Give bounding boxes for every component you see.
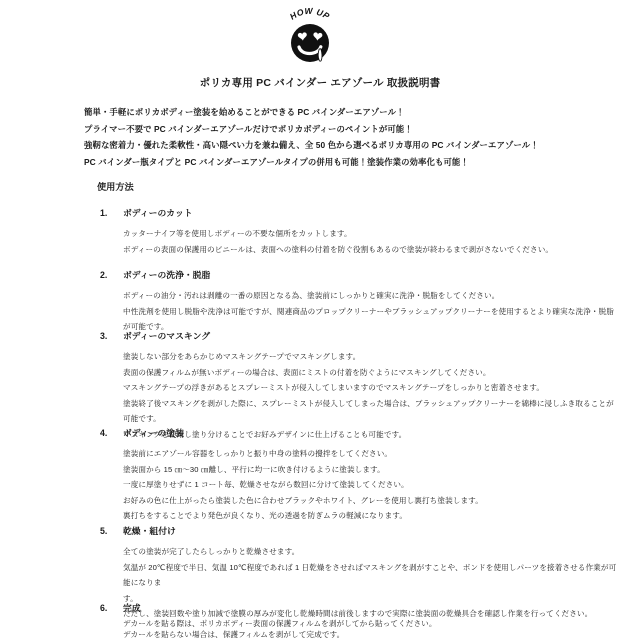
step-heading: ボディーの洗浄・脱脂: [123, 269, 210, 281]
step-line: 塗装前にエアゾール容器をしっかりと振り中身の塗料の攪拌をしてください。: [123, 446, 620, 462]
paint-drip-icon: [318, 49, 322, 61]
step-line: ボディーの油分・汚れは剥離の一番の原因となる為、塗装前にしっかりと確実に洗浄・脱…: [123, 288, 620, 304]
step-number: 2.: [100, 269, 123, 281]
step-heading: ボディーのカット: [123, 207, 193, 219]
step-header: 1. ボディーのカット: [100, 207, 620, 219]
step-item: 6. 完成 デカールを貼る際は、ポリカボディー表面の保護フィルムを剥がしてから貼…: [100, 602, 620, 640]
step-header: 2. ボディーの洗浄・脱脂: [100, 269, 620, 281]
step-heading: ボディーのマスキング: [123, 330, 210, 342]
intro-line: PC バインダー瓶タイプと PC バインダーエアゾールタイプの併用も可能！塗装作…: [84, 154, 616, 171]
page-title: ポリカ専用 PC バインダー エアゾール 取扱説明書: [0, 75, 640, 90]
showup-logo: SHOW UP®: [272, 4, 348, 66]
smiley-face-circle: [291, 24, 329, 62]
intro-line: 簡単・手軽にポリカボディー塗装を始めることができる PC バインダーエアゾール！: [84, 104, 616, 121]
step-item: 4. ボディーの塗装 塗装前にエアゾール容器をしっかりと振り中身の塗料の攪拌をし…: [100, 427, 620, 524]
usage-section-heading: 使用方法: [97, 179, 134, 193]
step-heading: 乾燥・組付け: [123, 525, 176, 537]
step-number: 1.: [100, 207, 123, 219]
brand-arc-text: SHOW UP®: [272, 4, 331, 22]
step-line: マスキングテープの浮きがあるとスプレーミストが侵入してしまいますのでマスキングテ…: [123, 380, 620, 396]
step-line: 裏打ちをすることでより発色が良くなり、光の透過を防ぎムラの軽減になります。: [123, 508, 620, 524]
step-header: 4. ボディーの塗装: [100, 427, 620, 439]
step-number: 3.: [100, 330, 123, 342]
intro-line: プライマー不要で PC バインダーエアゾールだけでポリカボディーのペイントが可能…: [84, 121, 616, 138]
step-line: デカールを貼らない場合は、保護フィルムを剥がして完成です。: [123, 629, 620, 640]
heart-eyes-smiley-icon: SHOW UP®: [272, 4, 348, 66]
step-heading: 完成: [123, 602, 141, 614]
intro-line: 強靭な密着力・優れた柔軟性・高い隠ぺい力を兼ね備え、全 50 色から選べるポリカ…: [84, 137, 616, 154]
step-item: 1. ボディーのカット カッターナイフ等を使用しボディーの不要な個所をカットしま…: [100, 207, 620, 257]
step-line: 塗装面から 15 ㎝～30 ㎝離し、平行に均一に吹き付けるように塗装します。: [123, 462, 620, 478]
step-heading: ボディーの塗装: [123, 427, 184, 439]
step-line: 塗装しない部分をあらかじめマスキングテープでマスキングします。: [123, 349, 620, 365]
step-body: 塗装前にエアゾール容器をしっかりと振り中身の塗料の攪拌をしてください。塗装面から…: [123, 446, 620, 524]
step-item: 3. ボディーのマスキング 塗装しない部分をあらかじめマスキングテープでマスキン…: [100, 330, 620, 443]
step-header: 5. 乾燥・組付け: [100, 525, 620, 537]
step-line: デカールを貼る際は、ポリカボディー表面の保護フィルムを剥がしてから貼ってください…: [123, 618, 620, 629]
step-header: 6. 完成: [100, 602, 620, 614]
step-line: 塗装終了後マスキングを剥がした際に、スプレーミストが侵入してしまった場合は、ブラ…: [123, 396, 620, 427]
intro-block: 簡単・手軽にポリカボディー塗装を始めることができる PC バインダーエアゾール！…: [84, 104, 616, 171]
step-body: デカールを貼る際は、ポリカボディー表面の保護フィルムを剥がしてから貼ってください…: [123, 618, 620, 640]
step-number: 5.: [100, 525, 123, 537]
step-body: カッターナイフ等を使用しボディーの不要な個所をカットします。ボディーの表面の保護…: [123, 226, 620, 257]
step-number: 6.: [100, 602, 123, 614]
step-line: カッターナイフ等を使用しボディーの不要な個所をカットします。: [123, 226, 620, 242]
step-body: ボディーの油分・汚れは剥離の一番の原因となる為、塗装前にしっかりと確実に洗浄・脱…: [123, 288, 620, 335]
brand-text: SHOW UP®: [272, 4, 331, 22]
step-line: 全ての塗装が完了したらしっかりと乾燥させます。: [123, 544, 620, 560]
step-line: お好みの色に仕上がったら塗装した色に合わせブラックやホワイト、グレーを使用し裏打…: [123, 493, 620, 509]
step-line: 気温が 20℃程度で半日、気温 10℃程度であれば 1 日乾燥をさせればマスキン…: [123, 560, 620, 591]
step-header: 3. ボディーのマスキング: [100, 330, 620, 342]
step-line: 一度に厚塗りせずに 1 コート毎、乾燥させながら数回に分けて塗装してください。: [123, 477, 620, 493]
step-line: ボディーの表面の保護用のビニールは、表面への塗料の付着を防ぐ役割もあるので塗装が…: [123, 242, 620, 258]
step-line: 表面の保護フィルムが無いボディーの場合は、表面にミストの付着を防ぐようにマスキン…: [123, 365, 620, 381]
step-item: 2. ボディーの洗浄・脱脂 ボディーの油分・汚れは剥離の一番の原因となる為、塗装…: [100, 269, 620, 335]
manual-page: SHOW UP® ポリカ専用 PC バインダー エアゾール 取扱説明書 簡単・手…: [0, 0, 640, 640]
step-number: 4.: [100, 427, 123, 439]
